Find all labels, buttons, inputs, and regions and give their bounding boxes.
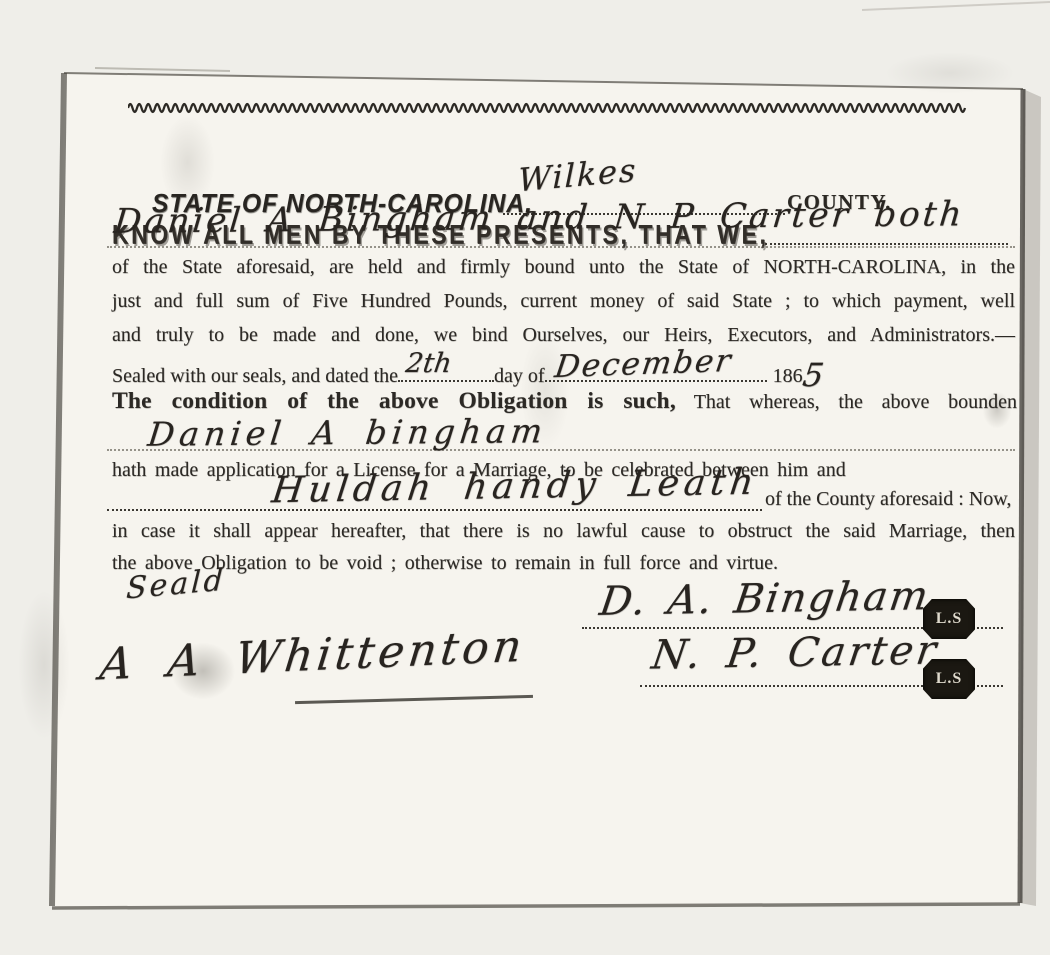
date-sentence: Sealed with our seals, and dated the2thd… [112, 352, 1015, 390]
bingham-signature: D. A. Bingham [597, 573, 933, 625]
month-value-handwritten: December [552, 343, 734, 385]
seal-ls-label: L.S [936, 610, 963, 628]
bride-name-handwritten: Huldah handy Leath [270, 462, 761, 512]
obligation-line-2: just and full sum of Five Hundred Pounds… [112, 289, 1015, 313]
condition-heading-rest: That whereas, the above bounden [694, 391, 1017, 413]
condition-heading: The condition of the above Obligation is… [112, 388, 676, 414]
obligation-void-line-1: in case it shall appear hereafter, that … [112, 519, 1015, 543]
obligation-void-line-2: the above Obligation to be void ; otherw… [112, 551, 1015, 575]
seal-ls-badge: L.S [923, 659, 975, 699]
condition-heading-row: The condition of the above Obligation is… [112, 388, 1017, 415]
groom-name-handwritten: Daniel A bingham [146, 411, 550, 454]
bondsmen-names-handwritten: Daniel A Bingham and N P Carter both [112, 194, 966, 241]
carter-signature: N. P. Carter [649, 627, 942, 678]
month-fill-line: December [545, 360, 767, 382]
witness-underline-flourish [295, 695, 533, 704]
obligation-line-1: of the State aforesaid, are held and fir… [112, 255, 1015, 279]
date-mid: day of [494, 365, 545, 388]
date-prefix: Sealed with our seals, and dated the [112, 365, 398, 388]
seals-annotation-handwritten: Seald [125, 562, 226, 606]
day-fill-line: 2th [398, 360, 494, 382]
witness-signature: A A Whittenton [97, 621, 528, 691]
scanned-marriage-bond-document: STATE OF NORTH-CAROLINA, Wilkes COUNTY. … [0, 0, 1050, 955]
seal-ls-label: L.S [936, 670, 963, 688]
year-printed: 186 [773, 365, 803, 388]
county-value-handwritten: Wilkes [518, 151, 638, 200]
obligation-line-3: and truly to be made and done, we bind O… [112, 323, 1015, 347]
wavy-rule [128, 98, 968, 118]
county-aforesaid-text: of the County aforesaid : Now, [765, 488, 1011, 511]
day-value-handwritten: 2th [404, 348, 454, 379]
